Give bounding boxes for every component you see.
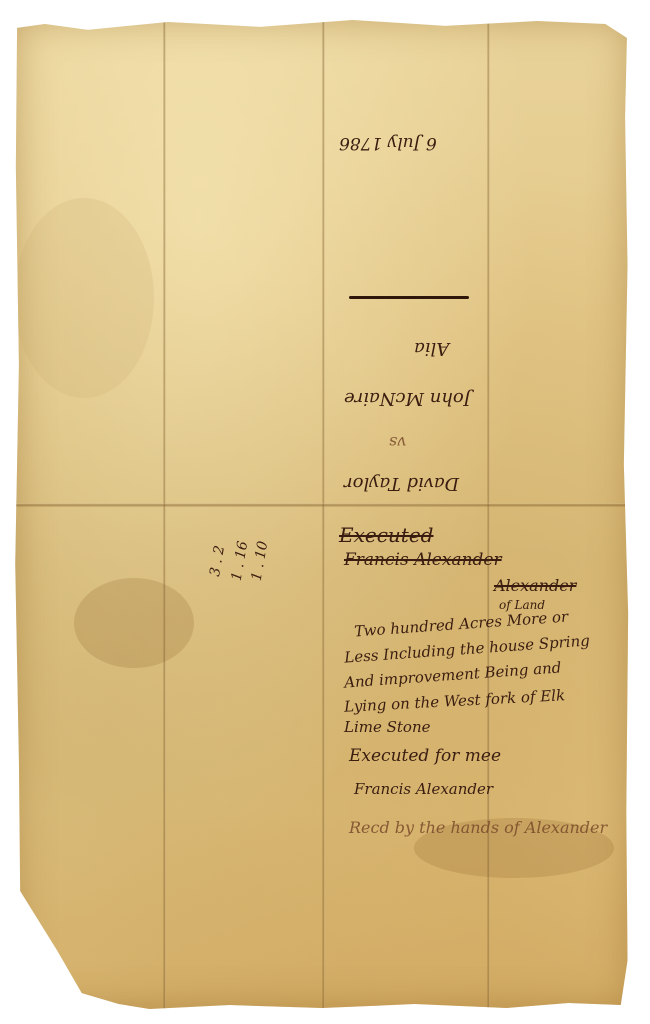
text-line: Lime Stone — [344, 718, 431, 736]
stain — [14, 198, 154, 398]
text-line: Executed for mee — [349, 746, 501, 766]
docket-alia: Alia — [414, 338, 449, 359]
struck-text: Executed — [339, 523, 433, 547]
fold-line — [322, 18, 325, 1010]
struck-text: Francis Alexander — [344, 550, 502, 570]
stain — [74, 578, 194, 668]
document-page: 6 July 1786 Alia John McNaire vs David T… — [14, 18, 630, 1010]
docket-party-2: John McNaire — [344, 388, 471, 409]
margin-figure: 1 . 10 — [249, 540, 272, 582]
docket-party-1: David Taylor — [344, 473, 459, 494]
fold-line — [14, 503, 630, 507]
margin-figure: 1 . 16 — [229, 540, 252, 582]
docket-rule — [349, 296, 469, 299]
margin-figure: 3 . 2 — [207, 544, 228, 577]
text-line: Lying on the West fork of Elk — [344, 686, 566, 716]
struck-text: Alexander — [494, 576, 576, 595]
receipt-note: Recd by the hands of Alexander — [349, 818, 607, 837]
docket-versus: vs — [389, 433, 406, 452]
fold-line — [163, 18, 166, 1010]
docket-date: 6 July 1786 — [339, 133, 437, 153]
signature: Francis Alexander — [354, 780, 493, 798]
